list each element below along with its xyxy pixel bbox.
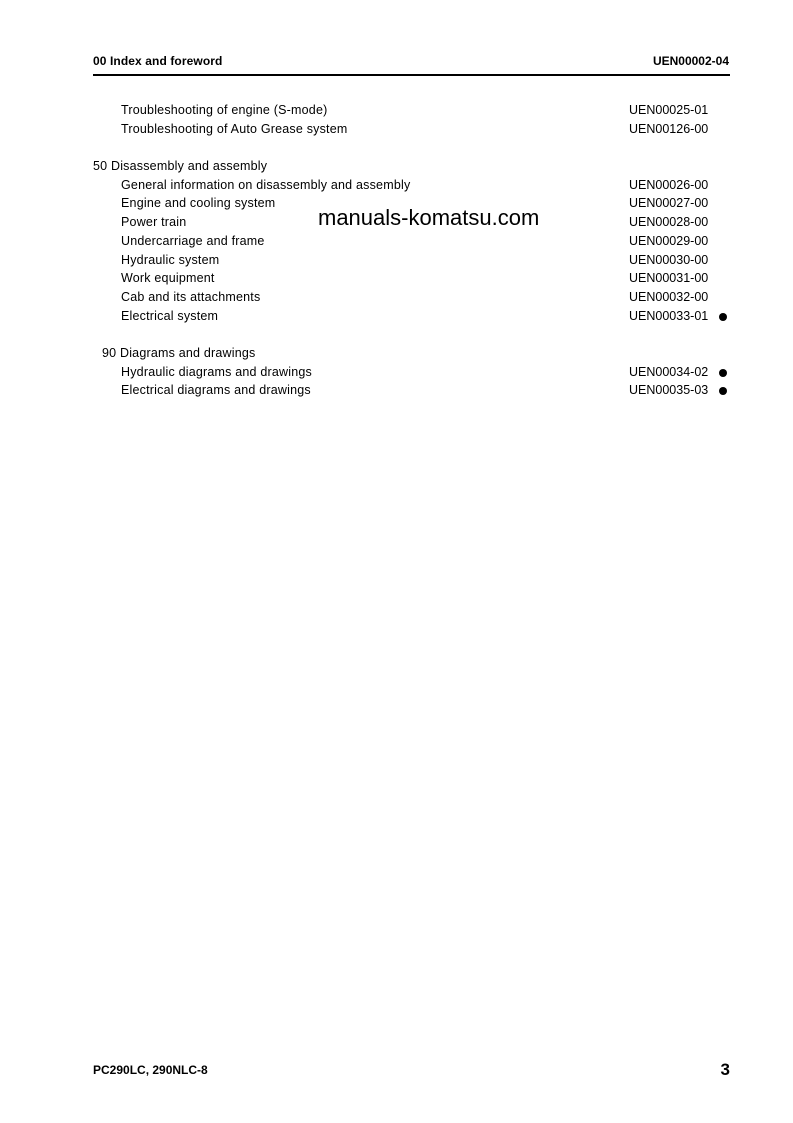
entry-doc-code: UEN00126-00: [629, 120, 708, 138]
section-label: 50 Disassembly and assembly: [93, 157, 267, 175]
entry-label: Troubleshooting of engine (S-mode): [121, 101, 327, 119]
entry-doc-code: UEN00026-00: [629, 176, 708, 194]
entry-label: General information on disassembly and a…: [121, 176, 410, 194]
revision-bullet-icon: [719, 313, 727, 321]
entry-doc-code: UEN00025-01: [629, 101, 708, 119]
entry-doc-code: UEN00028-00: [629, 213, 708, 231]
toc-entry: Troubleshooting of engine (S-mode)UEN000…: [93, 101, 733, 120]
entry-label: Electrical diagrams and drawings: [121, 381, 311, 399]
toc-section-heading: 90 Diagrams and drawings: [93, 344, 733, 363]
entry-doc-code: UEN00032-00: [629, 288, 708, 306]
toc-entry: Troubleshooting of Auto Grease systemUEN…: [93, 120, 733, 139]
entry-label: Cab and its attachments: [121, 288, 260, 306]
page-footer: PC290LC, 290NLC-8 3: [93, 1060, 730, 1080]
entry-doc-code: UEN00027-00: [629, 194, 708, 212]
watermark: manuals-komatsu.com: [318, 205, 539, 231]
header-doc-code: UEN00002-04: [653, 54, 729, 68]
toc-entry: Electrical diagrams and drawingsUEN00035…: [93, 381, 733, 400]
page-number: 3: [721, 1060, 730, 1080]
entry-doc-code: UEN00031-00: [629, 269, 708, 287]
header-title: 00 Index and foreword: [93, 54, 222, 68]
spacer: [93, 138, 733, 157]
footer-model: PC290LC, 290NLC-8: [93, 1063, 208, 1077]
revision-bullet-icon: [719, 369, 727, 377]
entry-label: Hydraulic system: [121, 251, 219, 269]
entry-doc-code: UEN00034-02: [629, 363, 708, 381]
revision-bullet-icon: [719, 387, 727, 395]
toc-entry: Hydraulic systemUEN00030-00: [93, 251, 733, 270]
entry-label: Undercarriage and frame: [121, 232, 265, 250]
toc-section-heading: 50 Disassembly and assembly: [93, 157, 733, 176]
toc-entry: General information on disassembly and a…: [93, 176, 733, 195]
entry-label: Hydraulic diagrams and drawings: [121, 363, 312, 381]
toc-entry: Work equipmentUEN00031-00: [93, 269, 733, 288]
table-of-contents: Troubleshooting of engine (S-mode)UEN000…: [93, 101, 733, 400]
page-header: 00 Index and foreword UEN00002-04: [93, 54, 729, 70]
entry-doc-code: UEN00033-01: [629, 307, 708, 325]
entry-doc-code: UEN00029-00: [629, 232, 708, 250]
toc-entry: Electrical systemUEN00033-01: [93, 307, 733, 326]
entry-label: Work equipment: [121, 269, 215, 287]
spacer: [93, 325, 733, 344]
entry-doc-code: UEN00030-00: [629, 251, 708, 269]
header-divider: [93, 74, 730, 76]
entry-doc-code: UEN00035-03: [629, 381, 708, 399]
entry-label: Troubleshooting of Auto Grease system: [121, 120, 348, 138]
entry-label: Power train: [121, 213, 186, 231]
toc-entry: Cab and its attachmentsUEN00032-00: [93, 288, 733, 307]
entry-label: Electrical system: [121, 307, 218, 325]
toc-entry: Undercarriage and frameUEN00029-00: [93, 232, 733, 251]
entry-label: Engine and cooling system: [121, 194, 275, 212]
section-label: 90 Diagrams and drawings: [102, 344, 256, 362]
toc-entry: Hydraulic diagrams and drawingsUEN00034-…: [93, 363, 733, 382]
